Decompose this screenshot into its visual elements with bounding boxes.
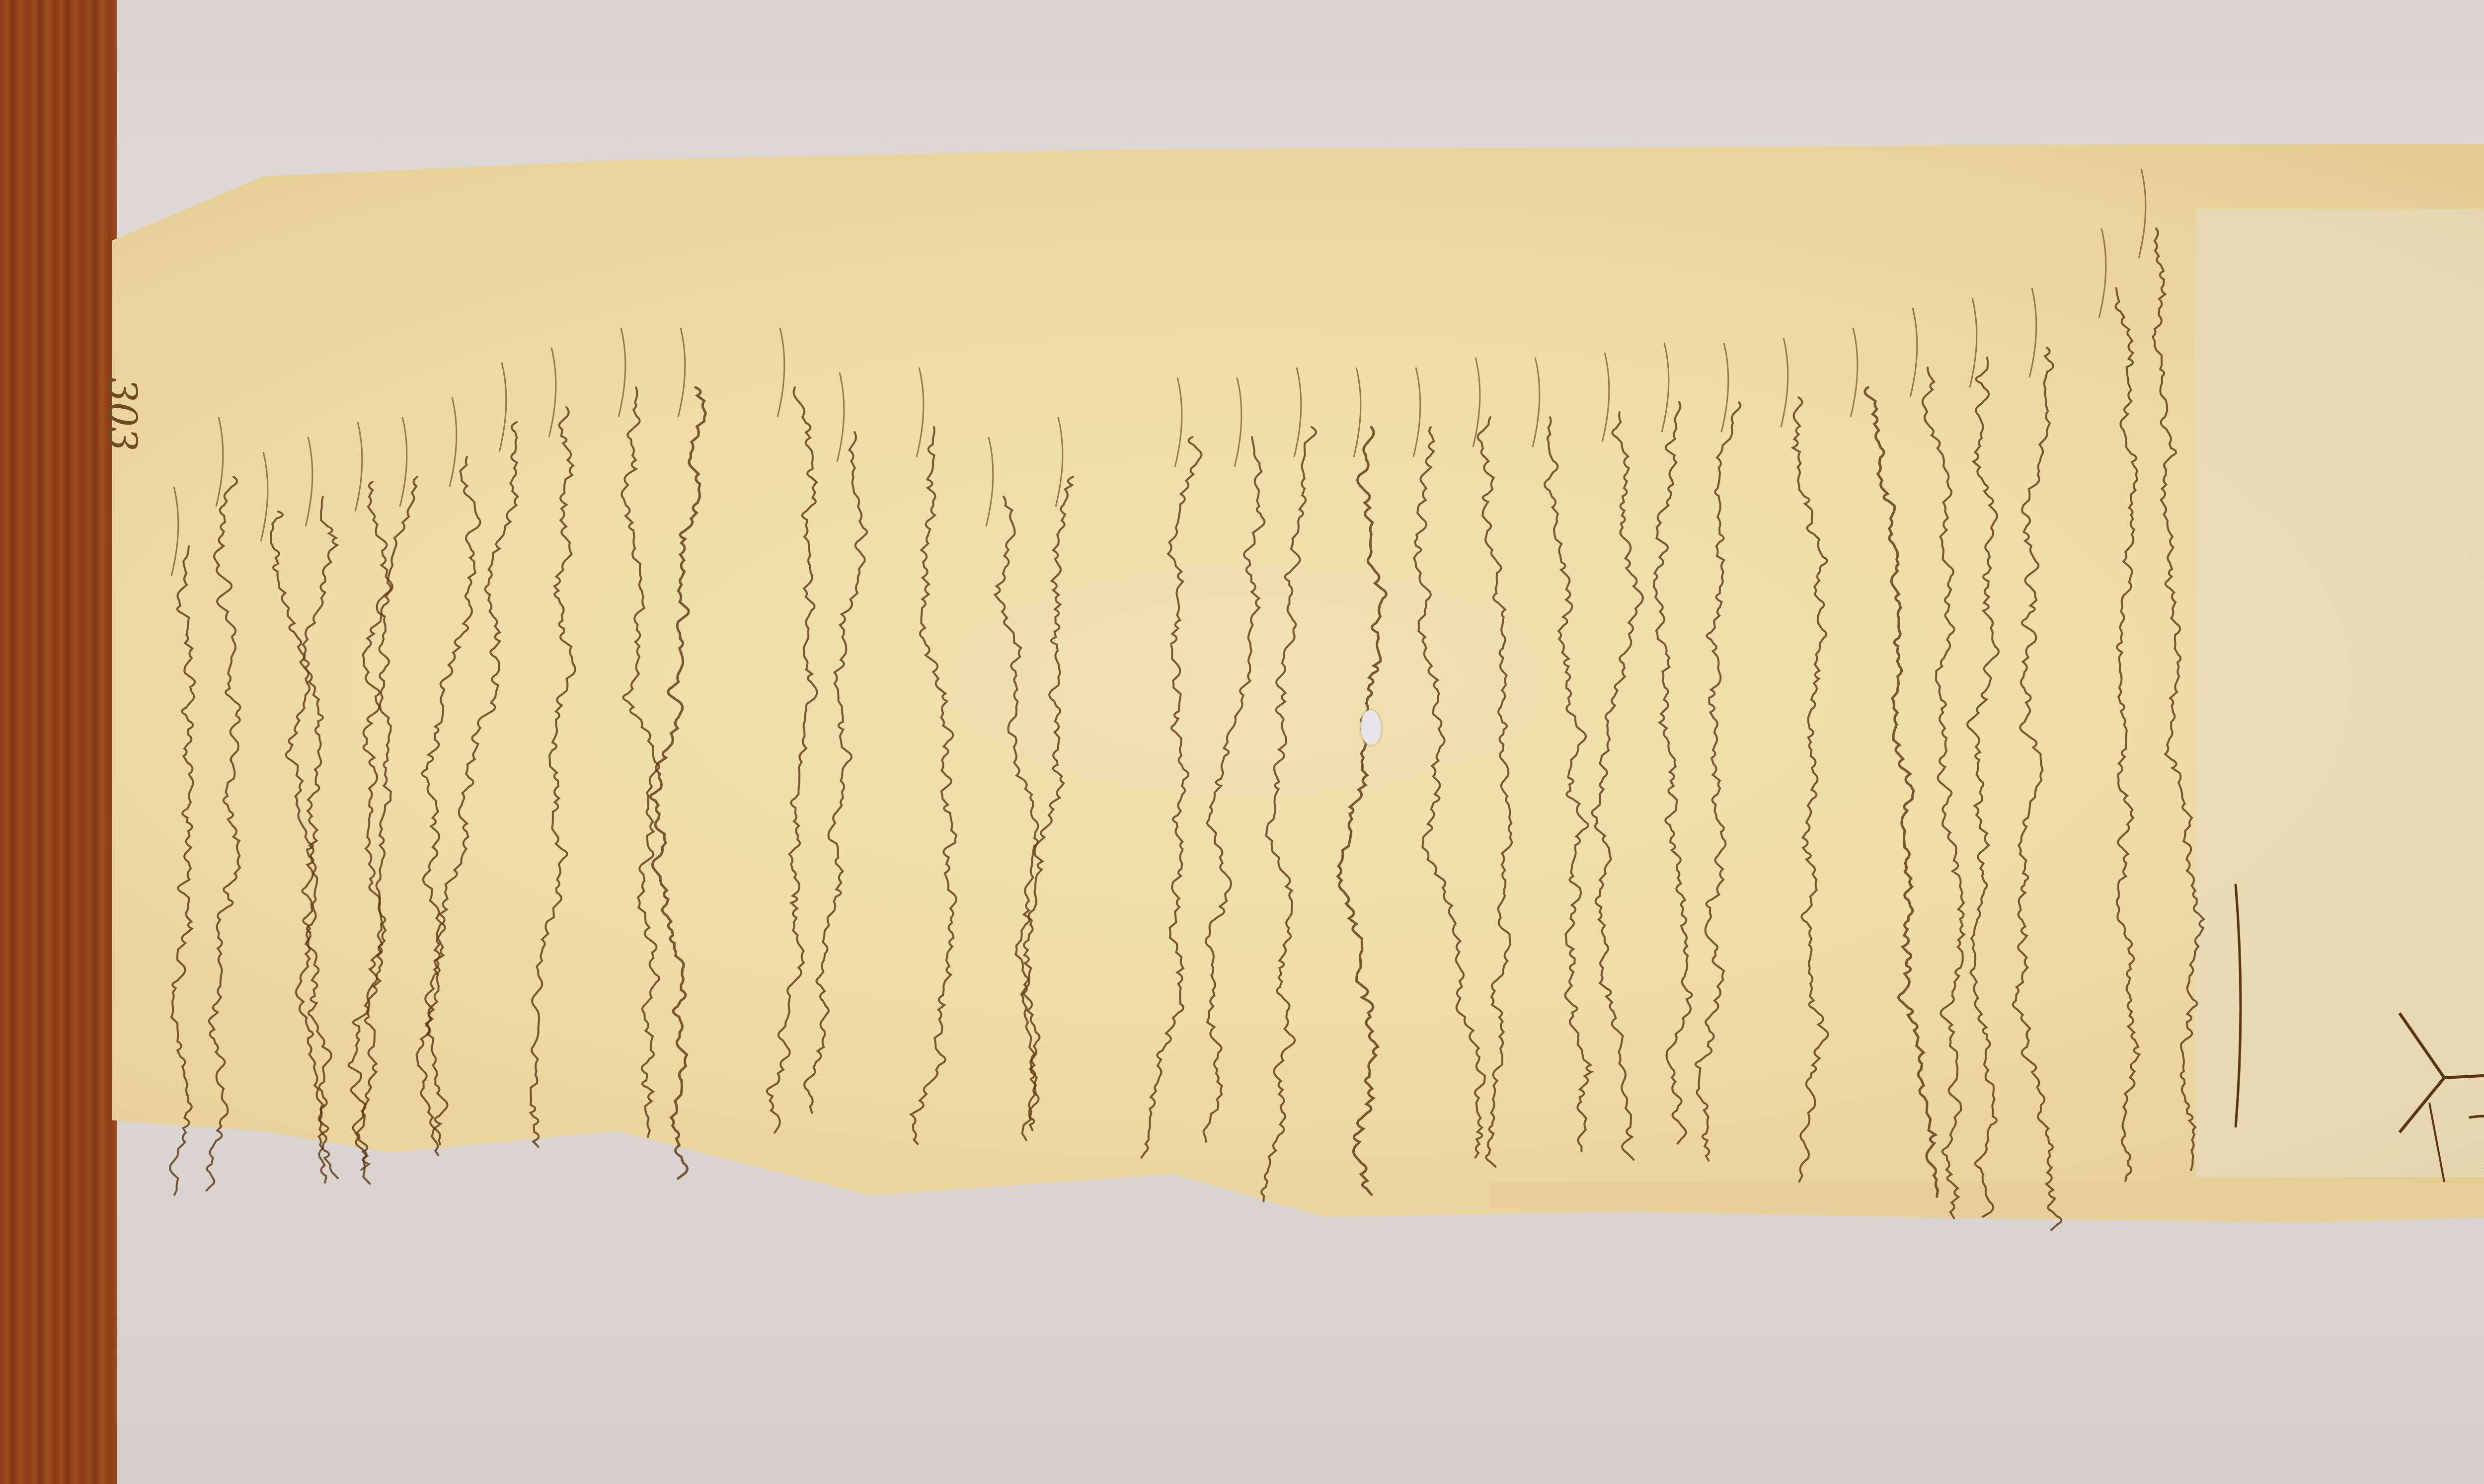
handwritten-line (353, 417, 417, 1184)
handwritten-line (531, 348, 575, 1147)
handwritten-line (416, 363, 518, 1144)
handwritten-line (207, 417, 240, 1190)
handwritten-line (1967, 298, 1999, 1217)
handwritten-line (1473, 358, 1512, 1167)
handwritten-line (986, 437, 1038, 1130)
handwritten-line (1910, 308, 1964, 1218)
handwritten-line (261, 452, 326, 1183)
handwritten-line (1592, 353, 1643, 1160)
handwritten-line (619, 328, 659, 1137)
handwritten-line (2099, 228, 2139, 1181)
handwritten-line (804, 372, 867, 1113)
handwritten-line (1338, 368, 1387, 1194)
handwritten-line (650, 328, 705, 1179)
handwritten-line (2139, 169, 2204, 1170)
handwritten-line (1654, 343, 1692, 1143)
handwritten-line (1022, 417, 1073, 1140)
handwritten-line (303, 437, 338, 1178)
paper-hole (1361, 710, 1381, 745)
handwritten-line (1261, 368, 1316, 1201)
handwritten-line (1142, 377, 1202, 1158)
marginal-note (2236, 884, 2241, 1127)
signature-flourish (2370, 1003, 2484, 1192)
handwritten-line (170, 487, 195, 1195)
handwritten-line (1851, 328, 1938, 1196)
handwritten-line (911, 368, 956, 1144)
handwritten-line (1781, 338, 1828, 1182)
handwritten-line (767, 328, 817, 1132)
handwritten-line (2013, 288, 2062, 1230)
handwritten-line (1533, 358, 1591, 1151)
handwritten-line (1413, 368, 1485, 1158)
handwritten-line (422, 397, 480, 1155)
handwriting-layer (0, 0, 2484, 1484)
handwritten-line (1204, 377, 1265, 1142)
handwritten-line (1696, 343, 1741, 1161)
